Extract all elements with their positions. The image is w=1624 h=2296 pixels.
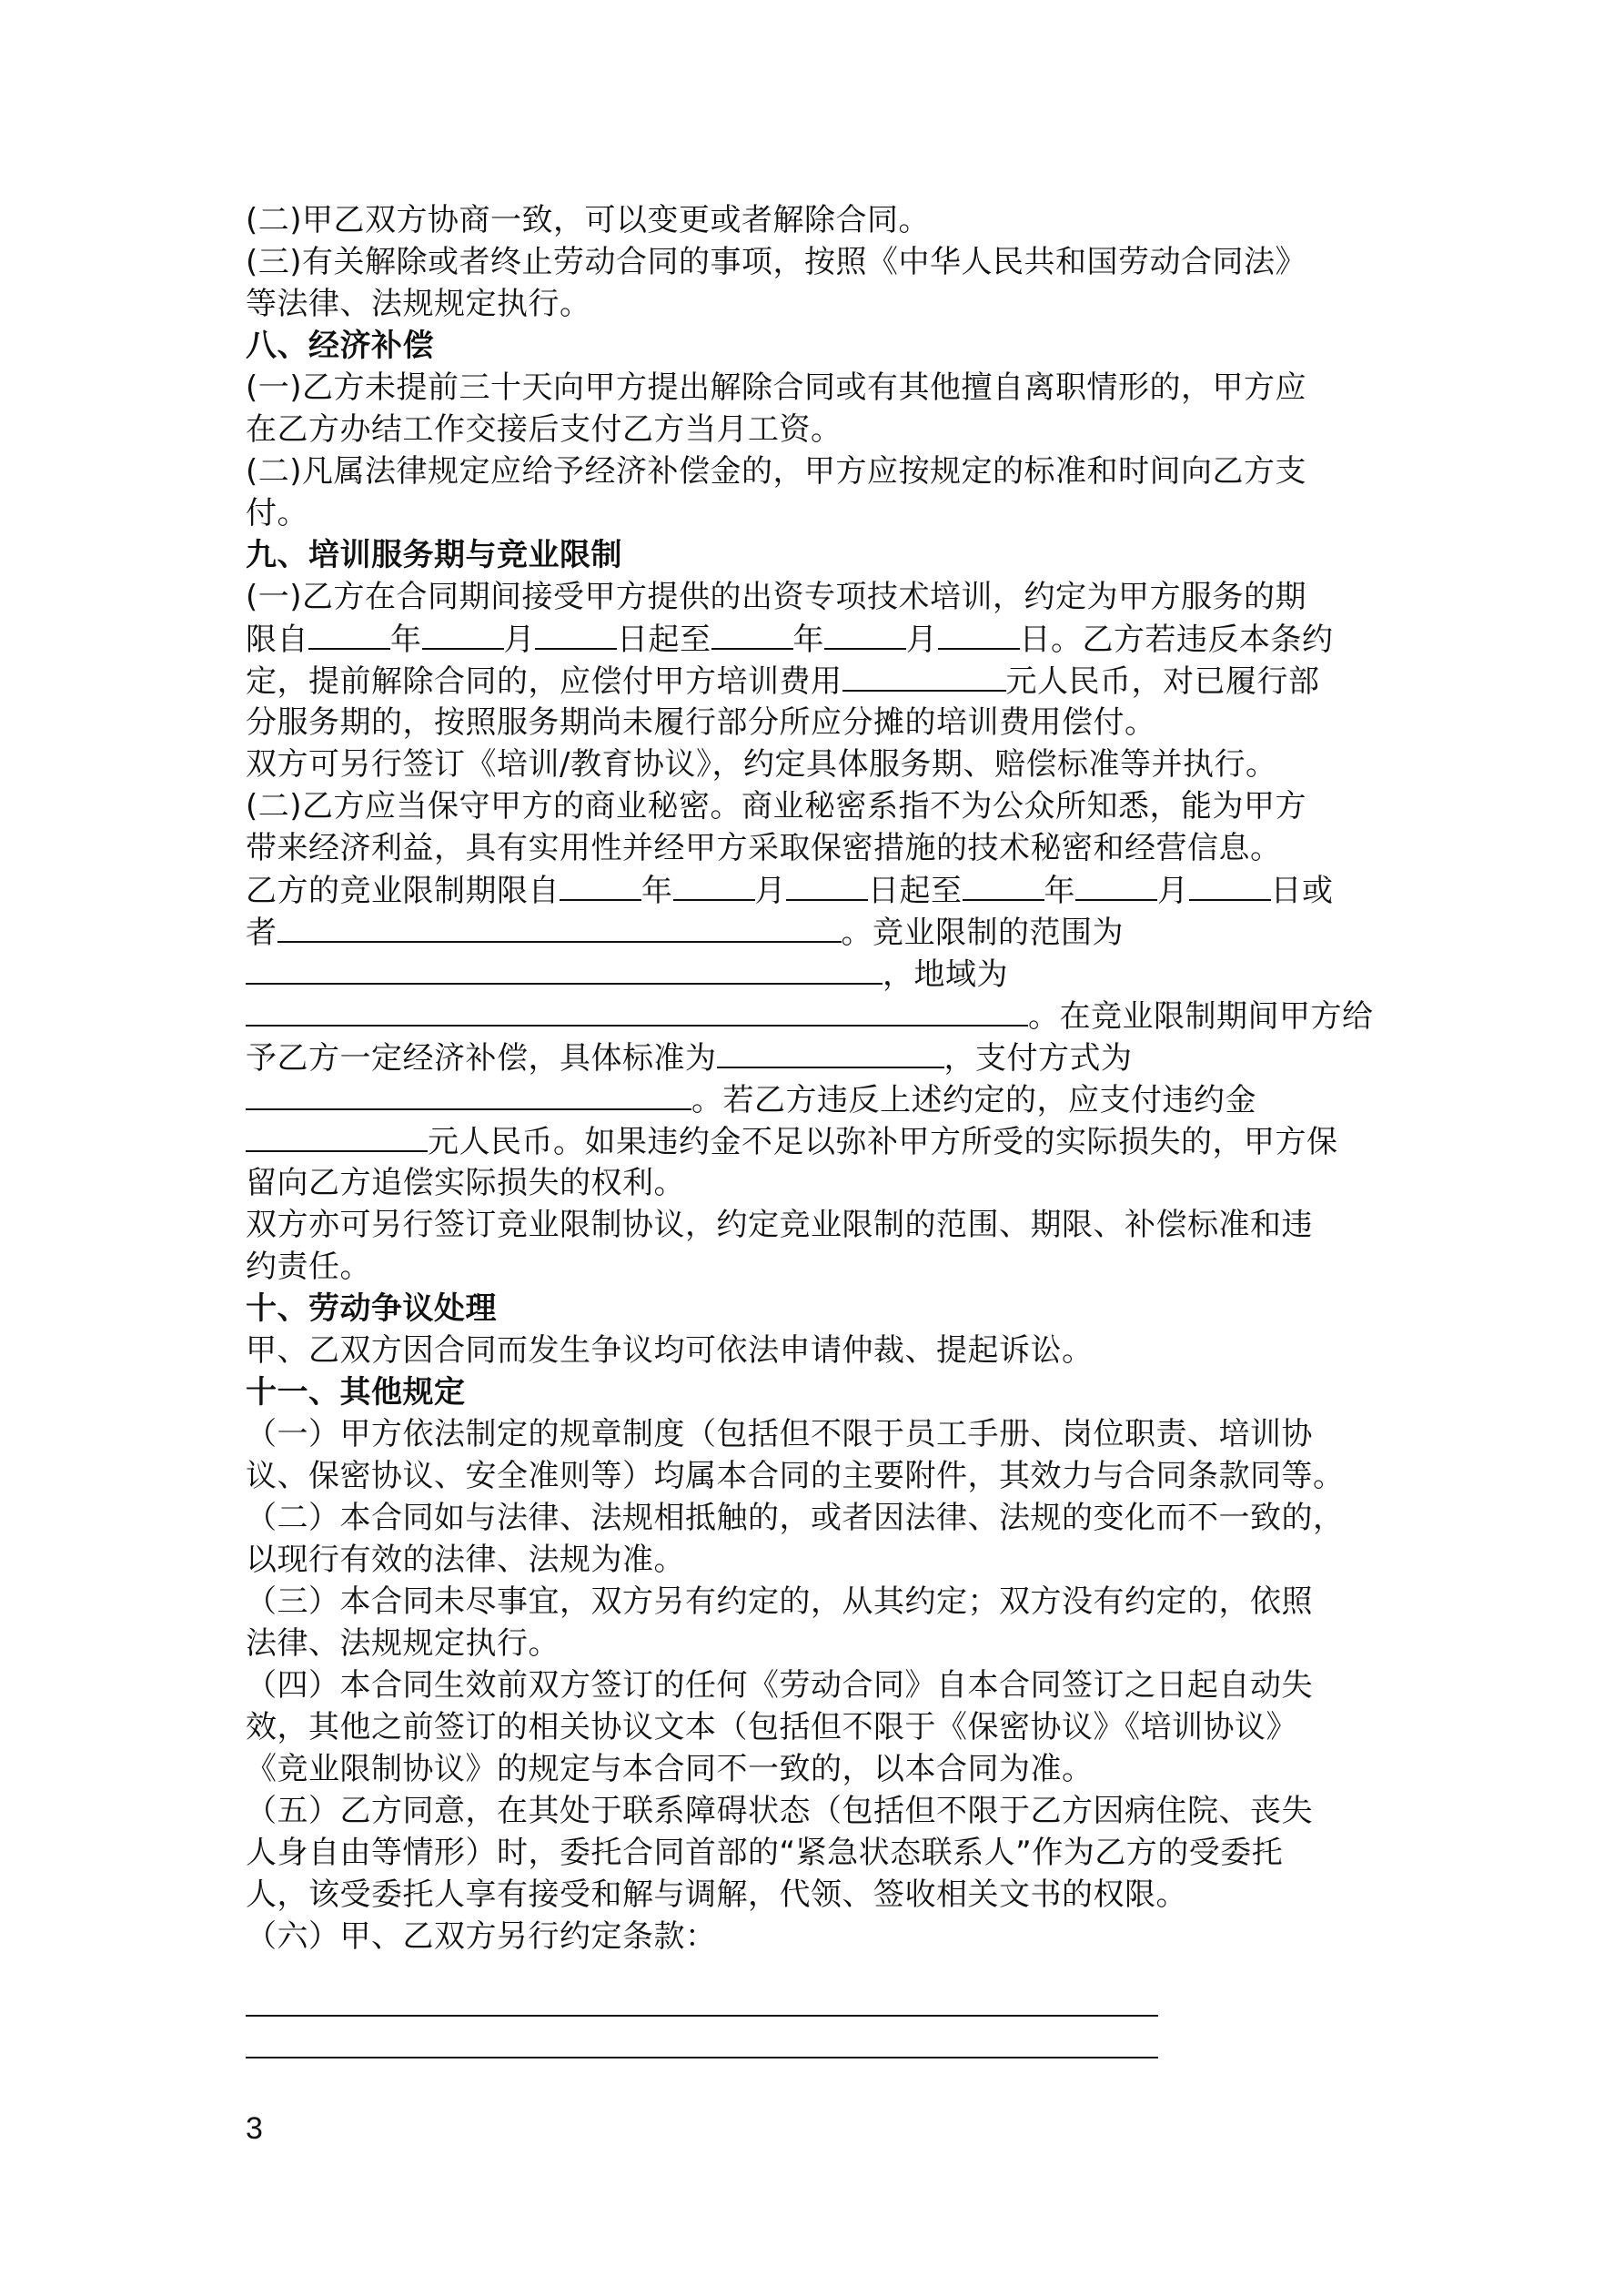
paragraph-line: （二）本合同如与法律、法规相抵触的，或者因法律、法规的变化而不一致的，	[246, 1500, 1345, 1536]
blank-field-end-year[interactable]	[711, 621, 793, 650]
paragraph-line: 双方可另行签订《培训/教育协议》，约定具体服务期、赔偿标准等并执行。	[246, 746, 1276, 783]
paragraph-line: 效，其他之前签订的相关协议文本（包括但不限于《保密协议》《培训协议》	[246, 1709, 1297, 1745]
section-heading-10: 十、劳动争议处理	[246, 1290, 497, 1327]
paragraph-line: 约责任。	[246, 1249, 371, 1285]
paragraph-line: （六）甲、乙双方另行约定条款：	[246, 1918, 717, 1955]
paragraph-line: (二)凡属法律规定应给予经济补偿金的，甲方应按规定的标准和时间向乙方支	[246, 453, 1306, 490]
blank-field-nc-end-month[interactable]	[1075, 872, 1157, 901]
paragraph-line: (二)甲乙双方协商一致，可以变更或者解除合同。	[246, 202, 930, 238]
payment-method-line: 。若乙方违反上述约定的，应支付违约金	[246, 1081, 1256, 1118]
penalty-line: 元人民币。如果违约金不足以弥补甲方所受的实际损失的，甲方保	[246, 1123, 1338, 1160]
blank-field-nc-start-month[interactable]	[673, 872, 755, 901]
blank-field-start-month[interactable]	[422, 621, 504, 650]
paragraph-line: 分服务期的，按照服务期尚未履行部分所应分摊的培训费用偿付。	[246, 704, 1156, 741]
blank-field-nc-region[interactable]	[246, 997, 1028, 1027]
paragraph-line: 《竞业限制协议》的规定与本合同不一致的，以本合同为准。	[246, 1751, 1094, 1787]
paragraph-line: （四）本合同生效前双方签订的任何《劳动合同》自本合同签订之日起自动失	[246, 1667, 1313, 1704]
paragraph-line: (一)乙方未提前三十天向甲方提出解除合同或有其他擅自离职情形的，甲方应	[246, 369, 1306, 406]
blank-field-penalty-amount[interactable]	[246, 1123, 428, 1152]
paragraph-line: 双方亦可另行签订竞业限制协议，约定竞业限制的范围、期限、补偿标准和违	[246, 1207, 1313, 1243]
blank-field-start-year[interactable]	[308, 621, 390, 650]
blank-field-nc-start-year[interactable]	[560, 872, 641, 901]
blank-field-end-day[interactable]	[938, 621, 1020, 650]
non-compete-alt-line: 者。竞业限制的范围为	[246, 914, 1124, 951]
blank-field-nc-scope[interactable]	[246, 956, 883, 985]
paragraph-line: 以现行有效的法律、法规为准。	[246, 1542, 685, 1578]
section-heading-9: 九、培训服务期与竞业限制	[246, 537, 622, 573]
paragraph-line: （三）本合同未尽事宜，双方另有约定的，从其约定；双方没有约定的，依照	[246, 1583, 1313, 1620]
blank-field-payment-method[interactable]	[246, 1081, 691, 1110]
paragraph-line: (二)乙方应当保守甲方的商业秘密。商业秘密系指不为公众所知悉，能为甲方	[246, 788, 1306, 824]
non-compete-scope-line: ，地域为	[246, 956, 1008, 993]
paragraph-line: 人身自由等情形）时，委托合同首部的“紧急状态联系人”作为乙方的受委托	[246, 1835, 1283, 1871]
paragraph-line: 法律、法规规定执行。	[246, 1625, 560, 1662]
blank-field-nc-end-year[interactable]	[963, 872, 1044, 901]
compensation-line: 予乙方一定经济补偿，具体标准为，支付方式为	[246, 1039, 1133, 1077]
training-period-line: 限自年月日起至年月日。乙方若违反本条约	[246, 621, 1334, 658]
paragraph-line: 在乙方办结工作交接后支付乙方当月工资。	[246, 411, 842, 448]
document-page: (二)甲乙双方协商一致，可以变更或者解除合同。 (三)有关解除或者终止劳动合同的…	[0, 0, 1624, 2296]
paragraph-line: （五）乙方同意，在其处于联系障碍状态（包括但不限于乙方因病住院、丧失	[246, 1793, 1313, 1829]
non-compete-region-line: 。在竞业限制期间甲方给	[246, 997, 1374, 1035]
blank-field-training-fee[interactable]	[842, 663, 1006, 692]
page-number: 3	[246, 2111, 263, 2147]
non-compete-period-line: 乙方的竞业限制期限自年月日起至年月日或	[246, 872, 1334, 909]
paragraph-line: (一)乙方在合同期间接受甲方提供的出资专项技术培训，约定为甲方服务的期	[246, 579, 1306, 615]
paragraph-line: 议、保密协议、安全准则等）均属本合同的主要附件，其效力与合同条款同等。	[246, 1458, 1345, 1494]
blank-line-additional-terms-1[interactable]	[246, 2015, 1158, 2017]
paragraph-line: 留向乙方追偿实际损失的权利。	[246, 1165, 685, 1201]
paragraph-line: 甲、乙双方因合同而发生争议均可依法申请仲裁、提起诉讼。	[246, 1332, 1094, 1369]
blank-field-end-month[interactable]	[824, 621, 906, 650]
blank-field-compensation-standard[interactable]	[717, 1039, 944, 1068]
blank-line-additional-terms-2[interactable]	[246, 2057, 1158, 2058]
section-heading-11: 十一、其他规定	[246, 1374, 466, 1411]
paragraph-line: （一）甲方依法制定的规章制度（包括但不限于员工手册、岗位职责、培训协	[246, 1416, 1313, 1452]
paragraph-line: (三)有关解除或者终止劳动合同的事项，按照《中华人民共和国劳动合同法》	[246, 244, 1306, 280]
blank-field-nc-alternative[interactable]	[277, 914, 842, 943]
blank-field-nc-end-day[interactable]	[1189, 872, 1271, 901]
paragraph-line: 等法律、法规规定执行。	[246, 286, 591, 322]
blank-field-start-day[interactable]	[535, 621, 617, 650]
blank-field-nc-start-day[interactable]	[786, 872, 868, 901]
training-fee-line: 定，提前解除合同的，应偿付甲方培训费用元人民币，对已履行部	[246, 663, 1320, 700]
paragraph-line: 付。	[246, 495, 308, 531]
paragraph-line: 带来经济利益，具有实用性并经甲方采取保密措施的技术秘密和经营信息。	[246, 830, 1282, 866]
section-heading-8: 八、经济补偿	[246, 328, 434, 364]
paragraph-line: 人，该受委托人享有接受和解与调解，代领、签收相关文书的权限。	[246, 1876, 1187, 1913]
